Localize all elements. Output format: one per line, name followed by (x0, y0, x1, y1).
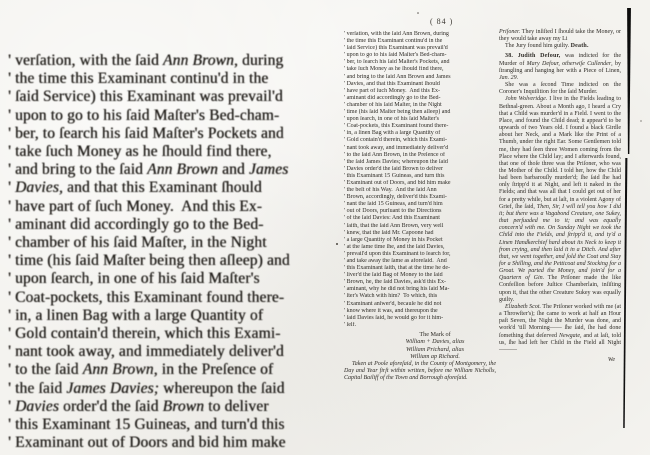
text-line: ' the ſaid James Davies; whereupon the ſ… (8, 380, 332, 398)
scan-speck (336, 243, 338, 245)
catchword: We (499, 357, 621, 364)
deposition-line: ' of the ſaid Davies: And this Examinant (344, 215, 496, 222)
deposition-line: ' time (his ſaid Maſter being then aſlee… (344, 109, 496, 116)
scan-speck (417, 12, 419, 14)
text-line: ' ber, to ſearch his ſaid Maſter's Pocke… (8, 125, 332, 143)
deposition-line: ' Brown, accordingly, deliver'd this Exa… (344, 194, 496, 201)
deposition-line: ' have part of ſuch Money. And this Ex- (344, 88, 496, 95)
deposition-line: ' know where it was, and thereupon the (344, 308, 496, 315)
text-line: ' to the ſaid Ann Brown, in the Preſence… (8, 361, 332, 379)
deposition-line: ' ber, to ſearch his ſaid Maſter's Pocke… (344, 59, 496, 66)
deposition-line: ' prevail'd upon this Examinant to ſearc… (344, 251, 496, 258)
column-1: ' verſation, with the ſaid Ann Brown, du… (344, 31, 496, 382)
deposition-line: ' Davies, and that this Examinant ſhould (344, 81, 496, 88)
deposition-line: ' ſaid Service) this Examinant was preva… (344, 45, 496, 52)
deposition-line: ' nant took away, and immediately delive… (344, 145, 496, 152)
mark-line: William + Davies, alias (344, 338, 496, 345)
text-line: ' have part of ſuch Money. And this Ex- (8, 198, 332, 216)
scan-artifact-line-top (625, 8, 632, 154)
deposition-line: ' ſter's Watch with him? To which, this (344, 293, 496, 300)
deposition-line: ' Gold contain'd therein, which this Exa… (344, 137, 496, 144)
deposition-line: ' Davies order'd the ſaid Brown to deliv… (344, 166, 496, 173)
scan-speck (640, 120, 642, 122)
text-line: ' this Examinant 15 Guineas, and turn'd … (8, 416, 332, 434)
deposition-line: ' to the ſaid Ann Brown, in the Preſence… (344, 152, 496, 159)
paragraph: 38. Judith Defour, was indicted for the … (499, 53, 621, 82)
paragraph: Elizabeth Scot. The Priſoner worked with… (499, 304, 621, 354)
text-line: ' in, a linen Bag with a large Quantity … (8, 307, 332, 325)
deposition-text: ' verſation, with the ſaid Ann Brown, du… (344, 31, 496, 329)
deposition-line: ' Brown, he, the ſaid Davies, ask'd this… (344, 279, 496, 286)
text-line: ' Examinant out of Doors and bid him mak… (8, 434, 332, 452)
mark-lines: William + Davies, aliasWilliam Prichard,… (344, 338, 496, 360)
paragraph: She was a ſecond Time indicted on the Co… (499, 82, 621, 96)
text-line: ' the time this Examinant continu'd in t… (8, 70, 332, 88)
paragraph: The Jury found him guilty. Death. (499, 43, 621, 50)
deposition-line: ' the ſaid James Davies; whereupon the ſ… (344, 159, 496, 166)
scan-artifact-line-bottom (622, 158, 628, 428)
deposition-line: ' ſelf. (344, 322, 496, 329)
column-2: Priſoner. They inſiſted I ſhould take th… (499, 29, 621, 364)
mark-heading: The Mark of (344, 331, 496, 338)
deposition-line: ' this Examinant 15 Guineas, and turn th… (344, 173, 496, 180)
mark-line: William ap Richard. (344, 353, 496, 360)
deposition-line: ' verſation, with the ſaid Ann Brown, du… (344, 31, 496, 38)
deposition-line: ' the beſt of his Way. And the ſaid Ann (344, 187, 496, 194)
deposition-line: ' Examinant anſwer'd, becauſe he did not (344, 301, 496, 308)
text-line: ' and bring to the ſaid Ann Brown and Ja… (8, 161, 332, 179)
deposition-line: ' Coat-pockets, this Examinant found the… (344, 123, 496, 130)
text-line: ' ſaid Service) this Examinant was preva… (8, 88, 332, 106)
text-line: ' chamber of his ſaid Maſter, in the Nig… (8, 234, 332, 252)
deposition-line: ' take ſuch Money as he ſhould find ther… (344, 66, 496, 73)
deposition-line: ' and take away the ſame as aforeſaid. A… (344, 258, 496, 265)
left-page: ' verſation, with the ſaid Ann Brown, du… (8, 52, 332, 455)
deposition-line: ' chamber of his ſaid Maſter, in the Nig… (344, 102, 496, 109)
deposition-line: ' liver'd the ſaid Bag of Money to the ſ… (344, 272, 496, 279)
deposition-line: ' upon to go to his ſaid Maſter's Bed-ch… (344, 52, 496, 59)
column-2-paragraphs: Priſoner. They inſiſted I ſhould take th… (499, 29, 621, 354)
text-line: ' upon to go to his ſaid Maſter's Bed-ch… (8, 107, 332, 125)
text-line: ' aminant did accordingly go to the Bed- (8, 216, 332, 234)
text-line: ' nant took away, and immediately delive… (8, 343, 332, 361)
paragraph: Priſoner. They inſiſted I ſhould take th… (499, 29, 621, 43)
deposition-line: ' ſaith, that the ſaid Ann Brown, very w… (344, 223, 496, 230)
text-line: ' upon ſearch, in one of his ſaid Maſter… (8, 270, 332, 288)
deposition-line: ' this Examinant ſaith, that at the time… (344, 265, 496, 272)
deposition-line: ' upon ſearch, in one of his ſaid Maſter… (344, 116, 496, 123)
text-line: ' verſation, with the ſaid Ann Brown, du… (8, 52, 332, 70)
deposition-line: ' ſaid Davies ſaid, he would go for it h… (344, 315, 496, 322)
deposition-line: ' out of Doors, purſuant to the Directio… (344, 208, 496, 215)
text-line: ' take ſuch Money as he ſhould find ther… (8, 143, 332, 161)
page-number: ( 84 ) (430, 17, 453, 26)
mark-line: William Prichard, alias (344, 346, 496, 353)
deposition-line: ' Examinant out of Doors, and bid him ma… (344, 180, 496, 187)
deposition-line: ' knew, that the ſaid Mr. Capoone had (344, 230, 496, 237)
text-line: ' Coat-pockets, this Examinant found the… (8, 289, 332, 307)
text-line: ' Davies order'd the ſaid Brown to deliv… (8, 398, 332, 416)
deposition-line: ' at the ſame time ſhe, and the ſaid Dav… (344, 244, 496, 251)
deposition-line: ' a large Quantity of Money in his Pocke… (344, 237, 496, 244)
attestation: Taken at Poole aforeſaid, in the County … (344, 361, 496, 382)
text-line: ' time (his ſaid Maſter being then aſlee… (8, 252, 332, 270)
paragraph: John Wolveridge. I live in the Fields le… (499, 96, 621, 304)
deposition-line: ' and bring to the ſaid Ann Brown and Ja… (344, 74, 496, 81)
deposition-line: ' in, a linen Bag with a large Quantity … (344, 130, 496, 137)
text-line: ' Gold contain'd therein, which this Exa… (8, 325, 332, 343)
document-scan: ' verſation, with the ſaid Ann Brown, du… (0, 0, 650, 455)
deposition-line: ' the time this Examinant continu'd in t… (344, 38, 496, 45)
deposition-line: ' aminant, why he did not bring his ſaid… (344, 286, 496, 293)
deposition-line: ' nant the ſaid 15 Guineas, and turn'd h… (344, 201, 496, 208)
deposition-line: ' aminant did accordingly go to the Bed- (344, 95, 496, 102)
text-line: ' Davies, and that this Examinant ſhould (8, 179, 332, 197)
